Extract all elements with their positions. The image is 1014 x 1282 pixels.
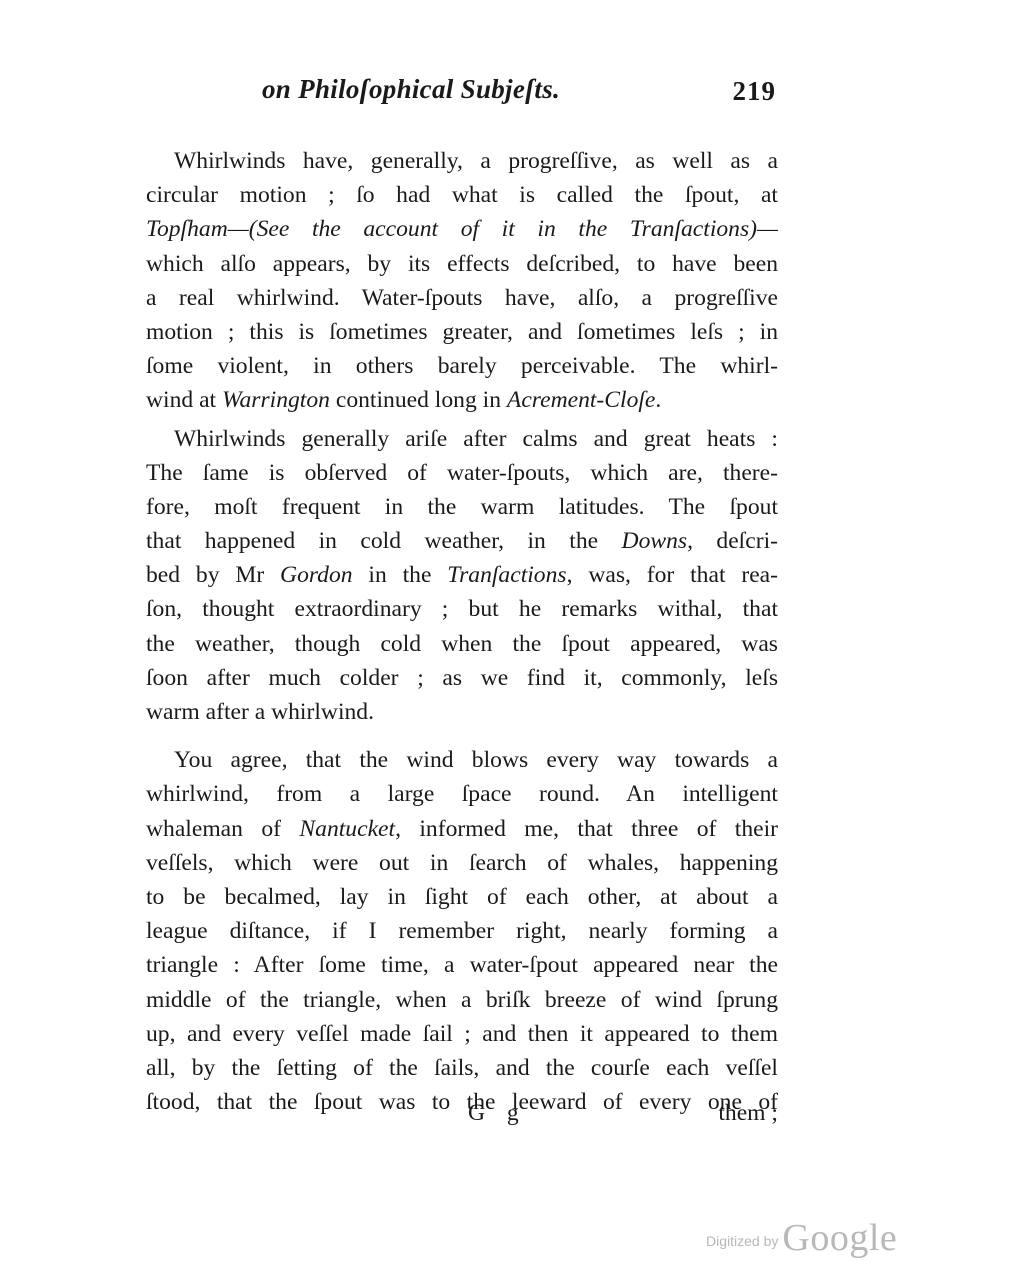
text-line: ſon, thought extraordinary ; but he rema… — [146, 592, 778, 626]
text-line: ſoon after much colder ; as we find it, … — [146, 661, 778, 695]
text-line: The ſame is obſerved of water-ſpouts, wh… — [146, 456, 778, 490]
text-line: whirlwind, from a large ſpace round. An … — [146, 777, 778, 811]
italic-text-line: Topſham—(See the account of it in the Tr… — [146, 216, 778, 242]
body-text: Whirlwinds have, generally, a progreſſiv… — [146, 144, 778, 1119]
page-number: 219 — [733, 76, 777, 107]
text-line: fore, moſt frequent in the warm latitude… — [146, 490, 778, 524]
text-line: bed by Mr Gordon in the Tranſactions, wa… — [146, 558, 778, 592]
text-line: wind at Warrington continued long in Acr… — [146, 383, 778, 417]
paragraph-2: Whirlwinds generally ariſe after calms a… — [146, 422, 778, 730]
text-line: a real whirlwind. Water-ſpouts have, alſ… — [146, 281, 778, 315]
paragraph-3: You agree, that the wind blows every way… — [146, 743, 778, 1119]
digitized-by-google-watermark: Digitized by Google — [706, 1216, 897, 1260]
running-head: on Philoſophical Subjeſts. 219 — [146, 74, 778, 114]
text-line: veſſels, which were out in ſearch of wha… — [146, 846, 778, 880]
text-line: You agree, that the wind blows every way… — [146, 743, 778, 777]
text-line: Whirlwinds generally ariſe after calms a… — [146, 422, 778, 456]
google-logo: Google — [782, 1217, 897, 1259]
catch-line: G g them ; — [146, 1100, 778, 1134]
text-line: triangle : After ſome time, a water-ſpou… — [146, 948, 778, 982]
book-page: on Philoſophical Subjeſts. 219 Whirlwind… — [146, 0, 778, 1282]
watermark-prefix: Digitized by — [706, 1233, 778, 1249]
text-line: Topſham—(See the account of it in the Tr… — [146, 212, 778, 246]
text-line: the weather, though cold when the ſpout … — [146, 627, 778, 661]
text-line: league diſtance, if I remember right, ne… — [146, 914, 778, 948]
catchword: them ; — [718, 1100, 778, 1127]
text-line: motion ; this is ſometimes greater, and … — [146, 315, 778, 349]
text-line: circular motion ; ſo had what is called … — [146, 178, 778, 212]
text-line: that happened in cold weather, in the Do… — [146, 524, 778, 558]
text-line: ſome violent, in others barely perceivab… — [146, 349, 778, 383]
text-line: all, by the ſetting of the ſails, and th… — [146, 1051, 778, 1085]
text-line: middle of the triangle, when a briſk bre… — [146, 983, 778, 1017]
running-title: on Philoſophical Subjeſts. — [262, 74, 560, 105]
text-line: up, and every veſſel made ſail ; and the… — [146, 1017, 778, 1051]
text-line: Whirlwinds have, generally, a progreſſiv… — [146, 144, 778, 178]
paragraph-1: Whirlwinds have, generally, a progreſſiv… — [146, 144, 778, 418]
text-line: whaleman of Nantucket, informed me, that… — [146, 812, 778, 846]
text-line: warm after a whirlwind. — [146, 695, 778, 729]
text-line: to be becalmed, lay in ſight of each oth… — [146, 880, 778, 914]
text-line: which alſo appears, by its effects deſcr… — [146, 247, 778, 281]
signature-mark: G g — [468, 1100, 527, 1127]
